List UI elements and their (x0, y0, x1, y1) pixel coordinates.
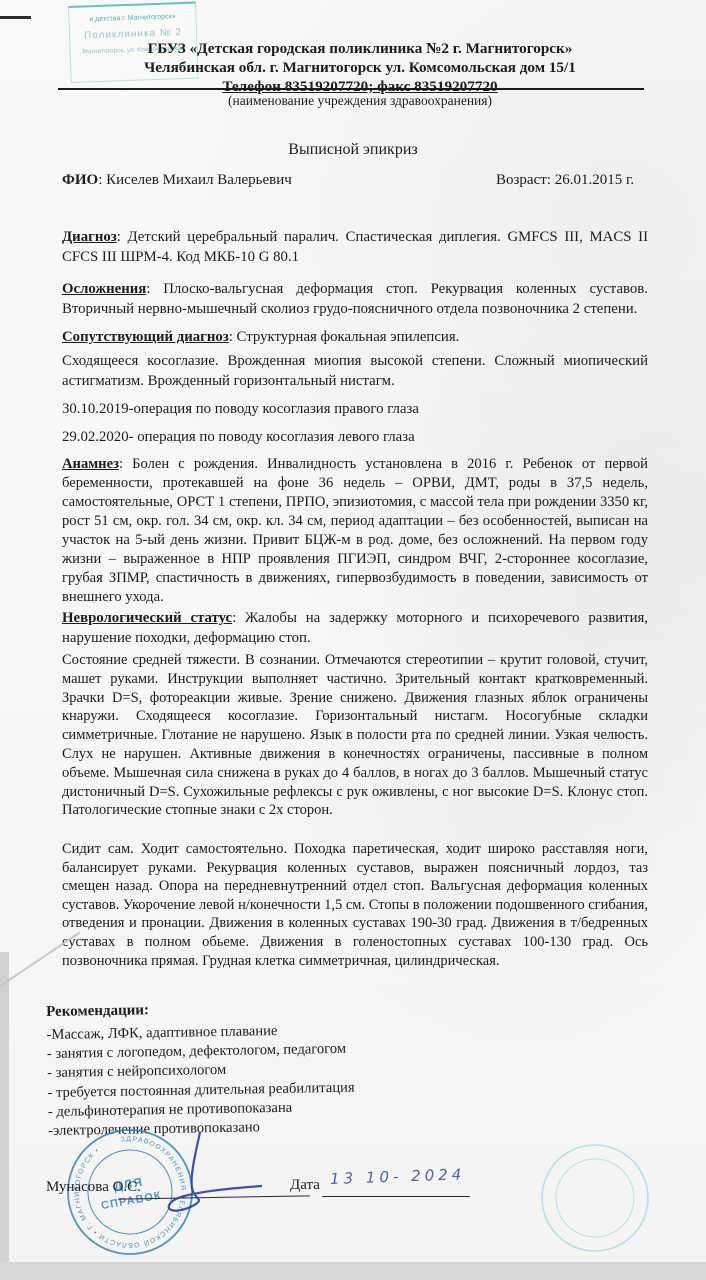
document-title: Выписной эпикриз (0, 141, 706, 159)
anamnesis-text: : Болен с рождения. Инвалидность установ… (62, 456, 648, 605)
scanner-background (0, 1262, 706, 1280)
org-address-line: Челябинская обл. г. Магнитогорск ул. Ком… (80, 59, 640, 77)
age-value: Возраст: 26.01.2015 г. (496, 172, 634, 189)
complications-paragraph: Осложнения: Плоско-вальгусная деформация… (62, 279, 648, 319)
complications-label: Осложнения (62, 281, 146, 297)
recommendations-section: Рекомендации: -Массаж, ЛФК, адаптивное п… (46, 995, 568, 1141)
complications-text: : Плоско-вальгусная деформация стоп. Рек… (62, 281, 648, 317)
neuro-status-paragraph: Неврологический статус: Жалобы на задерж… (62, 608, 648, 648)
comorbid-paragraph: Сопутствующий диагноз: Структурная фокал… (62, 327, 648, 347)
diagnosis-label: Диагноз (62, 229, 117, 245)
date-underline (322, 1196, 470, 1197)
rect-stamp-line1: и детства г. Магнитогорск» (69, 13, 195, 24)
operation1-line: 30.10.2019-операция по поводу косоглазия… (62, 399, 648, 419)
fio-value: : Киселев Михаил Валерьевич (98, 172, 292, 188)
doctor-name: Мунасова О.С. (46, 1179, 141, 1196)
date-label: Дата (290, 1177, 320, 1194)
header-caption: (наименование учреждения здравоохранения… (80, 93, 640, 109)
faint-round-stamp (528, 1131, 661, 1264)
anamnesis-paragraph: Анамнез: Болен с рождения. Инвалидность … (62, 455, 648, 607)
gait-paragraph: Сидит сам. Ходит самостоятельно. Походка… (62, 840, 648, 970)
scan-corner-mark (0, 16, 31, 19)
fio-label: ФИО (62, 172, 98, 188)
operation2-line: 29.02.2020- операция по поводу косоглази… (62, 427, 648, 447)
comorbid-label: Сопутствующий диагноз (62, 329, 229, 345)
vision-paragraph: Сходящееся косоглазие. Врожденная миопия… (62, 351, 648, 391)
document-scan: и детства г. Магнитогорск» Поликлиника №… (0, 0, 706, 1280)
condition-paragraph: Состояние средней тяжести. В сознании. О… (62, 651, 648, 820)
scan-edge-sliver (0, 952, 9, 1262)
comorbid-text: : Структурная фокальная эпилепсия. (229, 329, 460, 345)
anamnesis-label: Анамнез (62, 456, 119, 472)
neuro-status-label: Неврологический статус (62, 610, 232, 626)
diagnosis-paragraph: Диагноз: Детский церебральный паралич. С… (62, 227, 648, 267)
patient-row: ФИО: Киселев Михаил Валерьевич Возраст: … (62, 172, 648, 189)
diagnosis-text: : Детский церебральный паралич. Спастиче… (62, 229, 648, 265)
org-name-line: ГБУЗ «Детская городская поликлиника №2 г… (80, 40, 640, 58)
header-rule (58, 88, 644, 90)
pen-signature (138, 1126, 268, 1236)
